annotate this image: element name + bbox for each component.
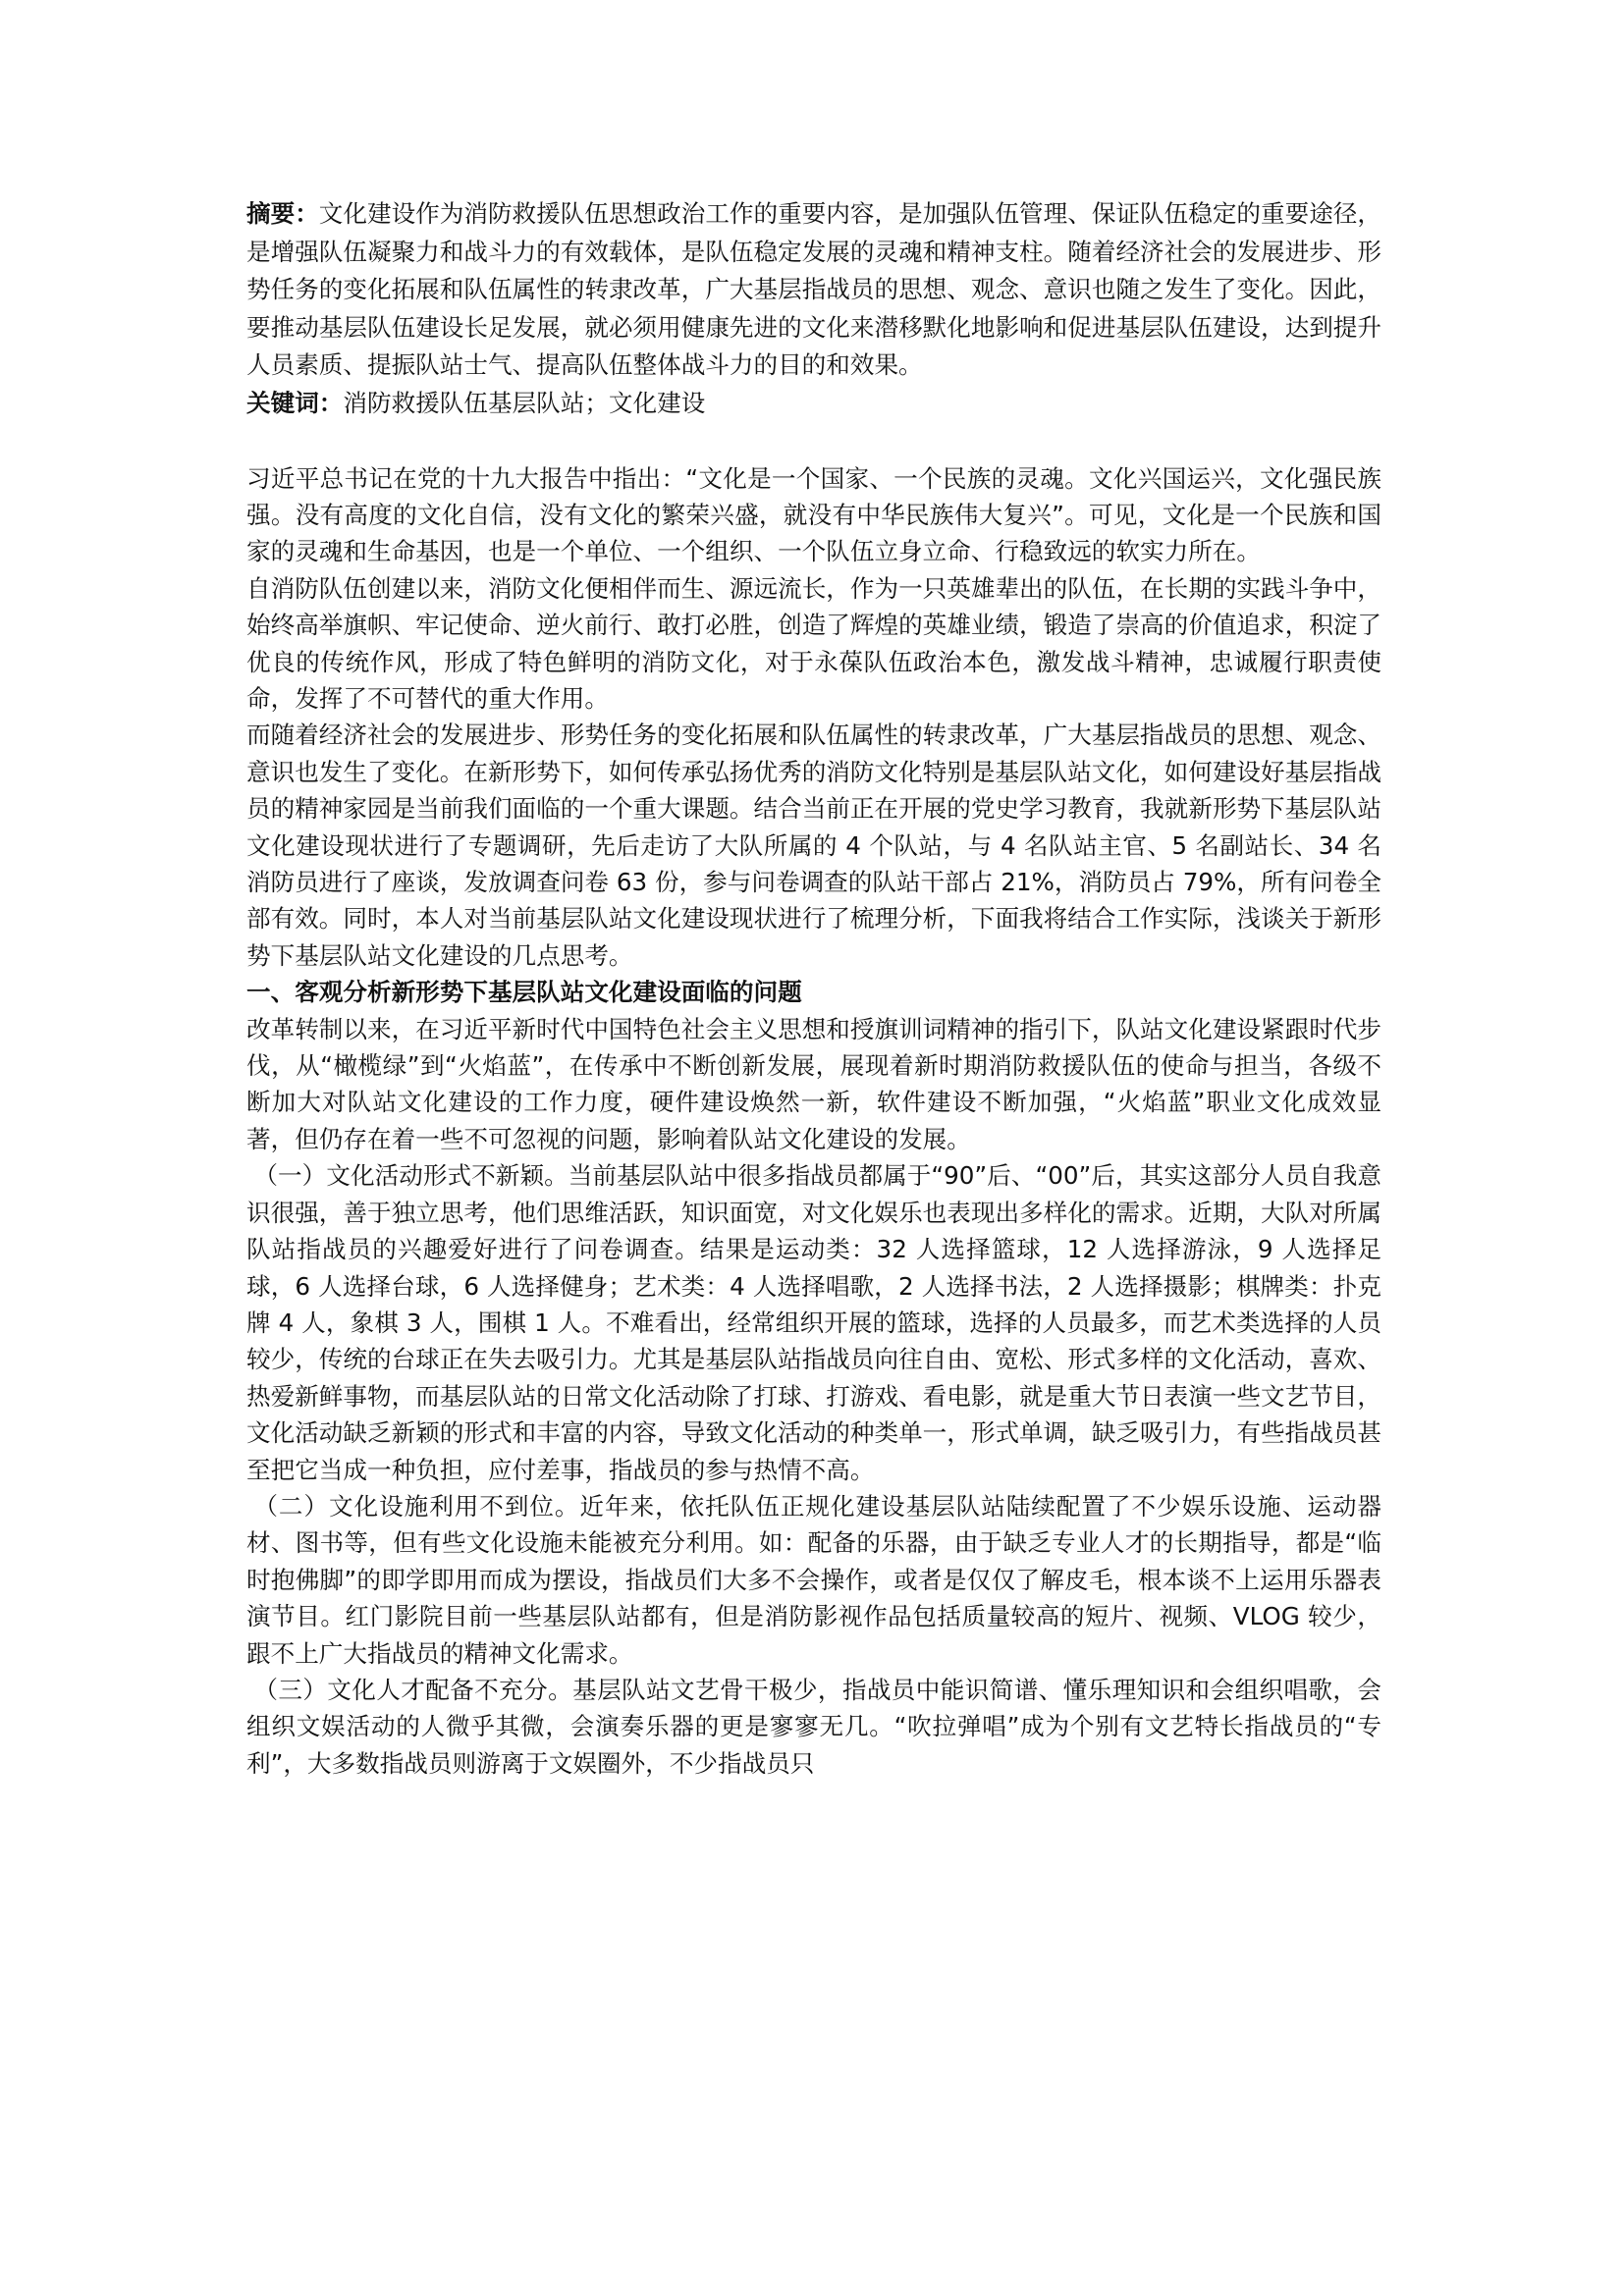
intro-paragraph-1: 习近平总书记在党的十九大报告中指出：“文化是一个国家、一个民族的灵魂。文化兴国运…	[246, 460, 1381, 570]
section1-paragraph-3: （二）文化设施利用不到位。近年来，依托队伍正规化建设基层队站陆续配置了不少娱乐设…	[246, 1488, 1381, 1672]
abstract-text: 文化建设作为消防救援队伍思想政治工作的重要内容，是加强队伍管理、保证队伍稳定的重…	[246, 199, 1381, 379]
section1-paragraph-1: 改革转制以来，在习近平新时代中国特色社会主义思想和授旗训词精神的指引下，队站文化…	[246, 1011, 1381, 1158]
abstract-block: 摘要：文化建设作为消防救援队伍思想政治工作的重要内容，是加强队伍管理、保证队伍稳…	[246, 195, 1381, 423]
intro-paragraph-3: 而随着经济社会的发展进步、形势任务的变化拓展和队伍属性的转隶改革，广大基层指战员…	[246, 717, 1381, 974]
section1-paragraph-2: （一）文化活动形式不新颖。当前基层队站中很多指战员都属于“90”后、“00”后，…	[246, 1157, 1381, 1488]
keywords-text: 消防救援队伍基层队站；文化建设	[343, 389, 705, 417]
blank-line	[246, 423, 1381, 460]
document-page: 摘要：文化建设作为消防救援队伍思想政治工作的重要内容，是加强队伍管理、保证队伍稳…	[246, 195, 1381, 1782]
abstract-label: 摘要：	[246, 199, 319, 228]
section1-paragraph-4: （三）文化人才配备不充分。基层队站文艺骨干极少，指战员中能识简谱、懂乐理知识和会…	[246, 1672, 1381, 1782]
keywords-paragraph: 关键词：消防救援队伍基层队站；文化建设	[246, 385, 1381, 423]
intro-paragraph-2: 自消防队伍创建以来，消防文化便相伴而生、源远流长，作为一只英雄辈出的队伍，在长期…	[246, 570, 1381, 718]
abstract-paragraph: 摘要：文化建设作为消防救援队伍思想政治工作的重要内容，是加强队伍管理、保证队伍稳…	[246, 195, 1381, 385]
section-heading-1: 一、客观分析新形势下基层队站文化建设面临的问题	[246, 974, 1381, 1010]
keywords-label: 关键词：	[246, 389, 343, 417]
